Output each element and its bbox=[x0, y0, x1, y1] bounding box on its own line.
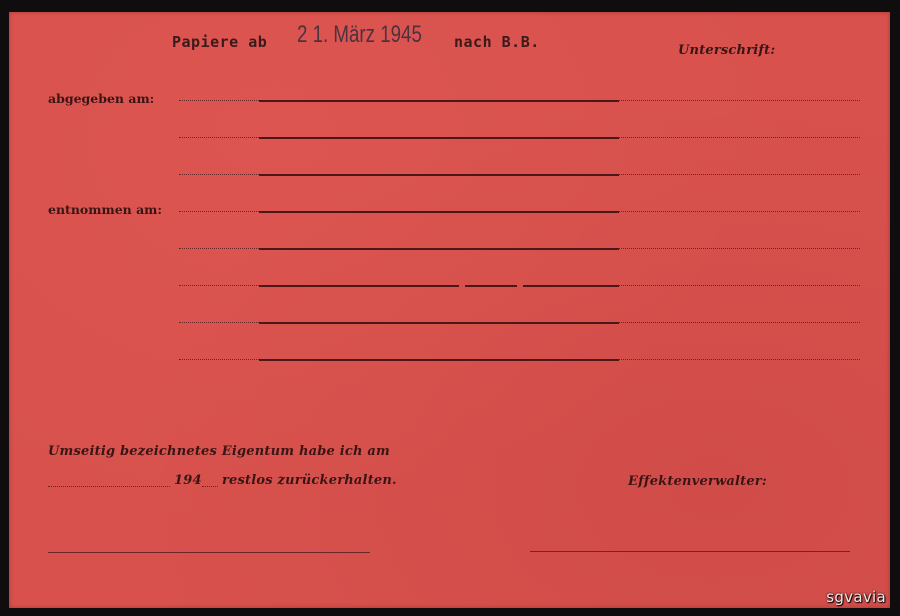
entry-line-signature-dotted bbox=[619, 100, 860, 102]
entry-line-solid bbox=[259, 211, 619, 213]
administrator-label: Effektenverwalter: bbox=[628, 474, 767, 489]
entry-line-solid bbox=[259, 174, 619, 176]
entnommen-label: entnommen am: bbox=[48, 202, 162, 217]
entry-line-solid bbox=[523, 285, 619, 287]
entry-line-date-dotted bbox=[179, 211, 259, 213]
abgegeben-label: abgegeben am: bbox=[48, 91, 154, 106]
entry-line[interactable] bbox=[179, 100, 860, 102]
entry-line-solid bbox=[465, 285, 517, 287]
declaration-date-field[interactable] bbox=[48, 486, 170, 488]
entry-line-signature-dotted bbox=[619, 211, 860, 213]
entry-line[interactable] bbox=[179, 359, 860, 361]
entry-line-signature-dotted bbox=[619, 174, 860, 176]
declaration-year-prefix: 194 bbox=[174, 473, 202, 488]
entry-line[interactable] bbox=[179, 285, 860, 287]
declaration-line1: Umseitig bezeichnetes Eigentum habe ich … bbox=[48, 444, 390, 459]
entry-line-signature-dotted bbox=[619, 248, 860, 250]
entry-line-date-dotted bbox=[179, 174, 259, 176]
entry-line[interactable] bbox=[179, 211, 860, 213]
declaration-year-field[interactable] bbox=[202, 486, 218, 488]
entry-line-solid bbox=[259, 285, 459, 287]
header-prefix: Papiere ab bbox=[172, 33, 267, 51]
recipient-signature-line[interactable] bbox=[48, 552, 370, 554]
header-suffix: nach B.B. bbox=[454, 33, 540, 51]
administrator-signature-line[interactable] bbox=[530, 551, 850, 553]
entry-line-date-dotted bbox=[179, 248, 259, 250]
entry-line[interactable] bbox=[179, 248, 860, 250]
entry-line-date-dotted bbox=[179, 137, 259, 139]
entry-line[interactable] bbox=[179, 174, 860, 176]
entry-line-signature-dotted bbox=[619, 137, 860, 139]
entry-line[interactable] bbox=[179, 137, 860, 139]
entry-line-solid bbox=[259, 359, 619, 361]
entry-line[interactable] bbox=[179, 322, 860, 324]
form-card: Papiere ab 2 1. März 1945 nach B.B. Unte… bbox=[9, 12, 890, 608]
signature-label: Unterschrift: bbox=[678, 43, 775, 58]
entry-line-signature-dotted bbox=[619, 359, 860, 361]
entry-line-date-dotted bbox=[179, 359, 259, 361]
entry-line-solid bbox=[259, 100, 619, 102]
declaration-line2: restlos zurückerhalten. bbox=[222, 473, 397, 488]
entry-line-solid bbox=[259, 137, 619, 139]
entry-line-date-dotted bbox=[179, 285, 259, 287]
date-stamp: 2 1. März 1945 bbox=[297, 21, 422, 49]
entry-line-solid bbox=[259, 322, 619, 324]
entry-line-solid bbox=[259, 248, 619, 250]
entry-line-signature-dotted bbox=[619, 285, 860, 287]
watermark: sgvavia bbox=[826, 588, 886, 606]
entry-line-signature-dotted bbox=[619, 322, 860, 324]
entry-line-date-dotted bbox=[179, 100, 259, 102]
entry-line-date-dotted bbox=[179, 322, 259, 324]
